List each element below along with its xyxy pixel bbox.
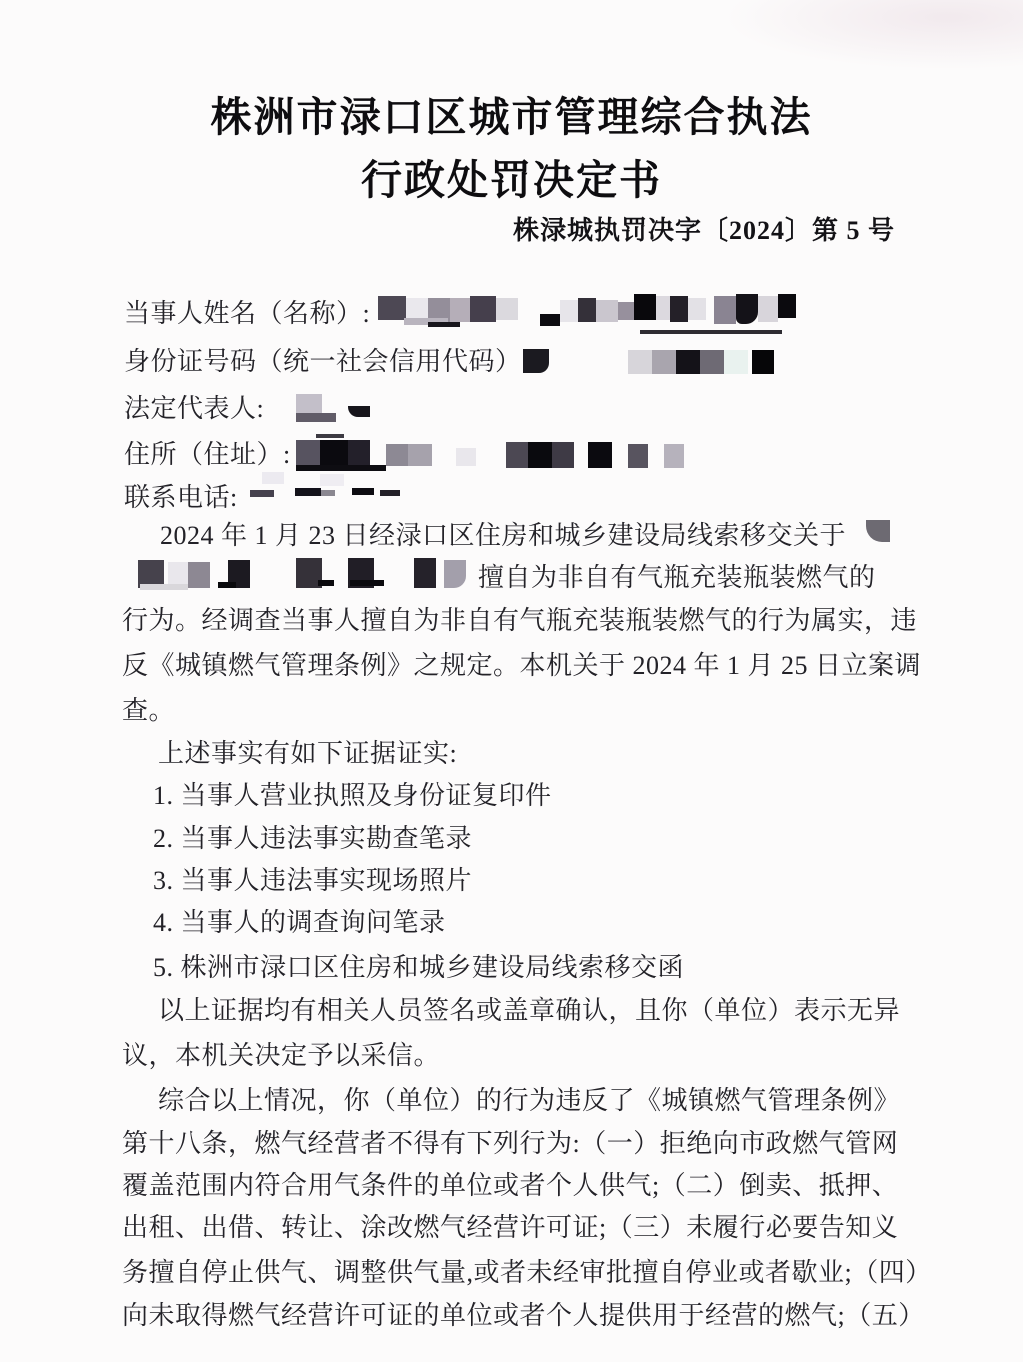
redaction-block-id [628, 350, 652, 374]
redaction-block-legal_rep [296, 413, 336, 422]
redaction-block-name [596, 300, 618, 322]
redaction-block-legal_rep [316, 434, 344, 438]
redaction-block-legal_rep [296, 394, 322, 416]
redaction-block-name [428, 298, 450, 322]
redaction-block-address [506, 442, 528, 468]
redaction-block-p2_inline [168, 562, 188, 588]
redaction-block-name [656, 296, 670, 320]
redaction-block-address [456, 448, 476, 466]
redaction-block-p2_inline [444, 560, 466, 588]
redaction-block-name [714, 296, 736, 324]
redaction-block-id [676, 350, 700, 374]
redaction-block-address [320, 440, 348, 468]
redaction-block-name [778, 294, 796, 318]
redaction-block-p2_inline [318, 580, 334, 586]
redaction-block-phone [321, 490, 335, 496]
redaction-block-phone [352, 488, 374, 495]
redaction-block-p2_inline [414, 558, 436, 588]
redaction-block-name [736, 294, 758, 324]
evidence-item-1: 1. 当事人营业执照及身份证复印件 [153, 775, 552, 812]
redaction-block-name [670, 296, 688, 322]
body-line-p3l1: 以上证据均有相关人员签名或盖章确认，且你（单位）表示无异 [158, 990, 900, 1027]
redaction-block-address [588, 442, 612, 468]
redaction-block-p2_inline [228, 560, 250, 588]
redaction-block-address [628, 444, 648, 468]
redaction-block-id [724, 350, 748, 374]
field-label-address: 住所（住址）: [124, 434, 291, 471]
redaction-block-name [560, 300, 578, 322]
redaction-block-name [640, 330, 782, 334]
document-title-line2: 行政处罚决定书 [0, 147, 1023, 206]
redaction-block-phone [380, 490, 400, 496]
redaction-block-phone [262, 472, 284, 484]
redaction-block-address [408, 444, 432, 466]
redaction-block-address [528, 442, 552, 468]
redaction-block-p2_inline [188, 562, 210, 588]
body-line-p4l1: 综合以上情况，你（单位）的行为违反了《城镇燃气管理条例》 [158, 1080, 900, 1117]
redaction-block-p2_inline [138, 560, 164, 588]
evidence-item-5: 5. 株洲市渌口区住房和城乡建设局线索移交函 [153, 947, 684, 984]
redaction-block-name [540, 314, 560, 326]
redaction-block-name [470, 296, 496, 322]
body-line-p1l1: 2024 年 1 月 23 日经渌口区住房和城乡建设局线索移交关于 [160, 515, 846, 552]
redaction-block-phone [250, 490, 274, 497]
redaction-block-id [752, 350, 774, 374]
redaction-block-name [404, 318, 448, 325]
evidence-item-3: 3. 当事人违法事实现场照片 [153, 860, 472, 897]
redaction-block-p2_inline [348, 558, 374, 588]
redaction-block-phone [295, 488, 321, 496]
field-label-phone: 联系电话: [124, 477, 238, 514]
document-page: 株洲市渌口区城市管理综合执法 行政处罚决定书 株渌城执罚决字〔2024〕第 5 … [0, 0, 1023, 1362]
field-label-legal-rep: 法定代表人: [124, 388, 264, 425]
evidence-item-4: 4. 当事人的调查询问笔录 [153, 902, 446, 939]
field-label-id-number: 身份证号码（统一社会信用代码）: [124, 341, 529, 378]
document-title-line1: 株洲市渌口区城市管理综合执法 [0, 84, 1023, 143]
redaction-block-name [428, 322, 460, 327]
body-line-p3l2: 议，本机关决定予以采信。 [122, 1035, 440, 1072]
redaction-block-id [700, 350, 724, 374]
redaction-block-name [758, 296, 778, 322]
body-line-p1l5: 查。 [122, 690, 175, 727]
redaction-block-name [618, 302, 634, 320]
redaction-block-name [688, 298, 706, 320]
redaction-block-name [378, 296, 406, 320]
redaction-block-address [552, 442, 574, 468]
redaction-block-p2_inline [140, 584, 188, 590]
evidence-heading: 上述事实有如下证据证实: [158, 733, 457, 770]
redaction-block-phone [320, 474, 344, 486]
body-line-p4l6: 向未取得燃气经营许可证的单位或者个人提供用于经营的燃气;（五） [122, 1295, 925, 1332]
body-line-p4l4: 出租、出借、转让、涂改燃气经营许可证;（三）未履行必要告知义 [122, 1207, 898, 1244]
evidence-item-2: 2. 当事人违法事实勘查笔录 [153, 818, 472, 855]
body-line-p1l3: 行为。经调查当事人擅自为非自有气瓶充装瓶装燃气的行为属实，违 [122, 600, 917, 637]
body-line-p4l3: 覆盖范围内符合用气条件的单位或者个人供气;（二）倒卖、抵押、 [122, 1165, 898, 1202]
redaction-block-p2_inline [296, 558, 322, 588]
redaction-block-address [296, 465, 386, 471]
body-line-p1l4: 反《城镇燃气管理条例》之规定。本机关于 2024 年 1 月 25 日立案调 [122, 645, 921, 682]
redaction-block-name [406, 298, 428, 320]
redaction-block-name [450, 298, 470, 322]
redaction-block-address [664, 444, 684, 468]
redaction-block-name [634, 294, 656, 320]
scan-artifact [723, 0, 1023, 70]
redaction-block-address [348, 440, 370, 468]
field-label-party-name: 当事人姓名（名称）: [124, 293, 370, 330]
redaction-block-legal_rep [348, 406, 370, 417]
redaction-block-name [496, 298, 518, 320]
document-number: 株渌城执罚决字〔2024〕第 5 号 [513, 210, 895, 247]
redaction-block-name [578, 298, 596, 322]
redaction-block-address [386, 444, 408, 466]
body-line-p1l2: 擅自为非自有气瓶充装瓶装燃气的 [478, 557, 876, 594]
body-line-p4l2: 第十八条，燃气经营者不得有下列行为:（一）拒绝向市政燃气管网 [122, 1123, 898, 1160]
redaction-block-after_guanyu [866, 520, 890, 542]
redaction-block-p2_inline [350, 580, 384, 586]
redaction-block-id [652, 350, 676, 374]
body-line-p4l5: 务擅自停止供气、调整供气量,或者未经审批擅自停业或者歇业;（四） [122, 1252, 932, 1289]
redaction-block-p2_inline [218, 582, 236, 588]
redaction-block-address [296, 440, 320, 468]
